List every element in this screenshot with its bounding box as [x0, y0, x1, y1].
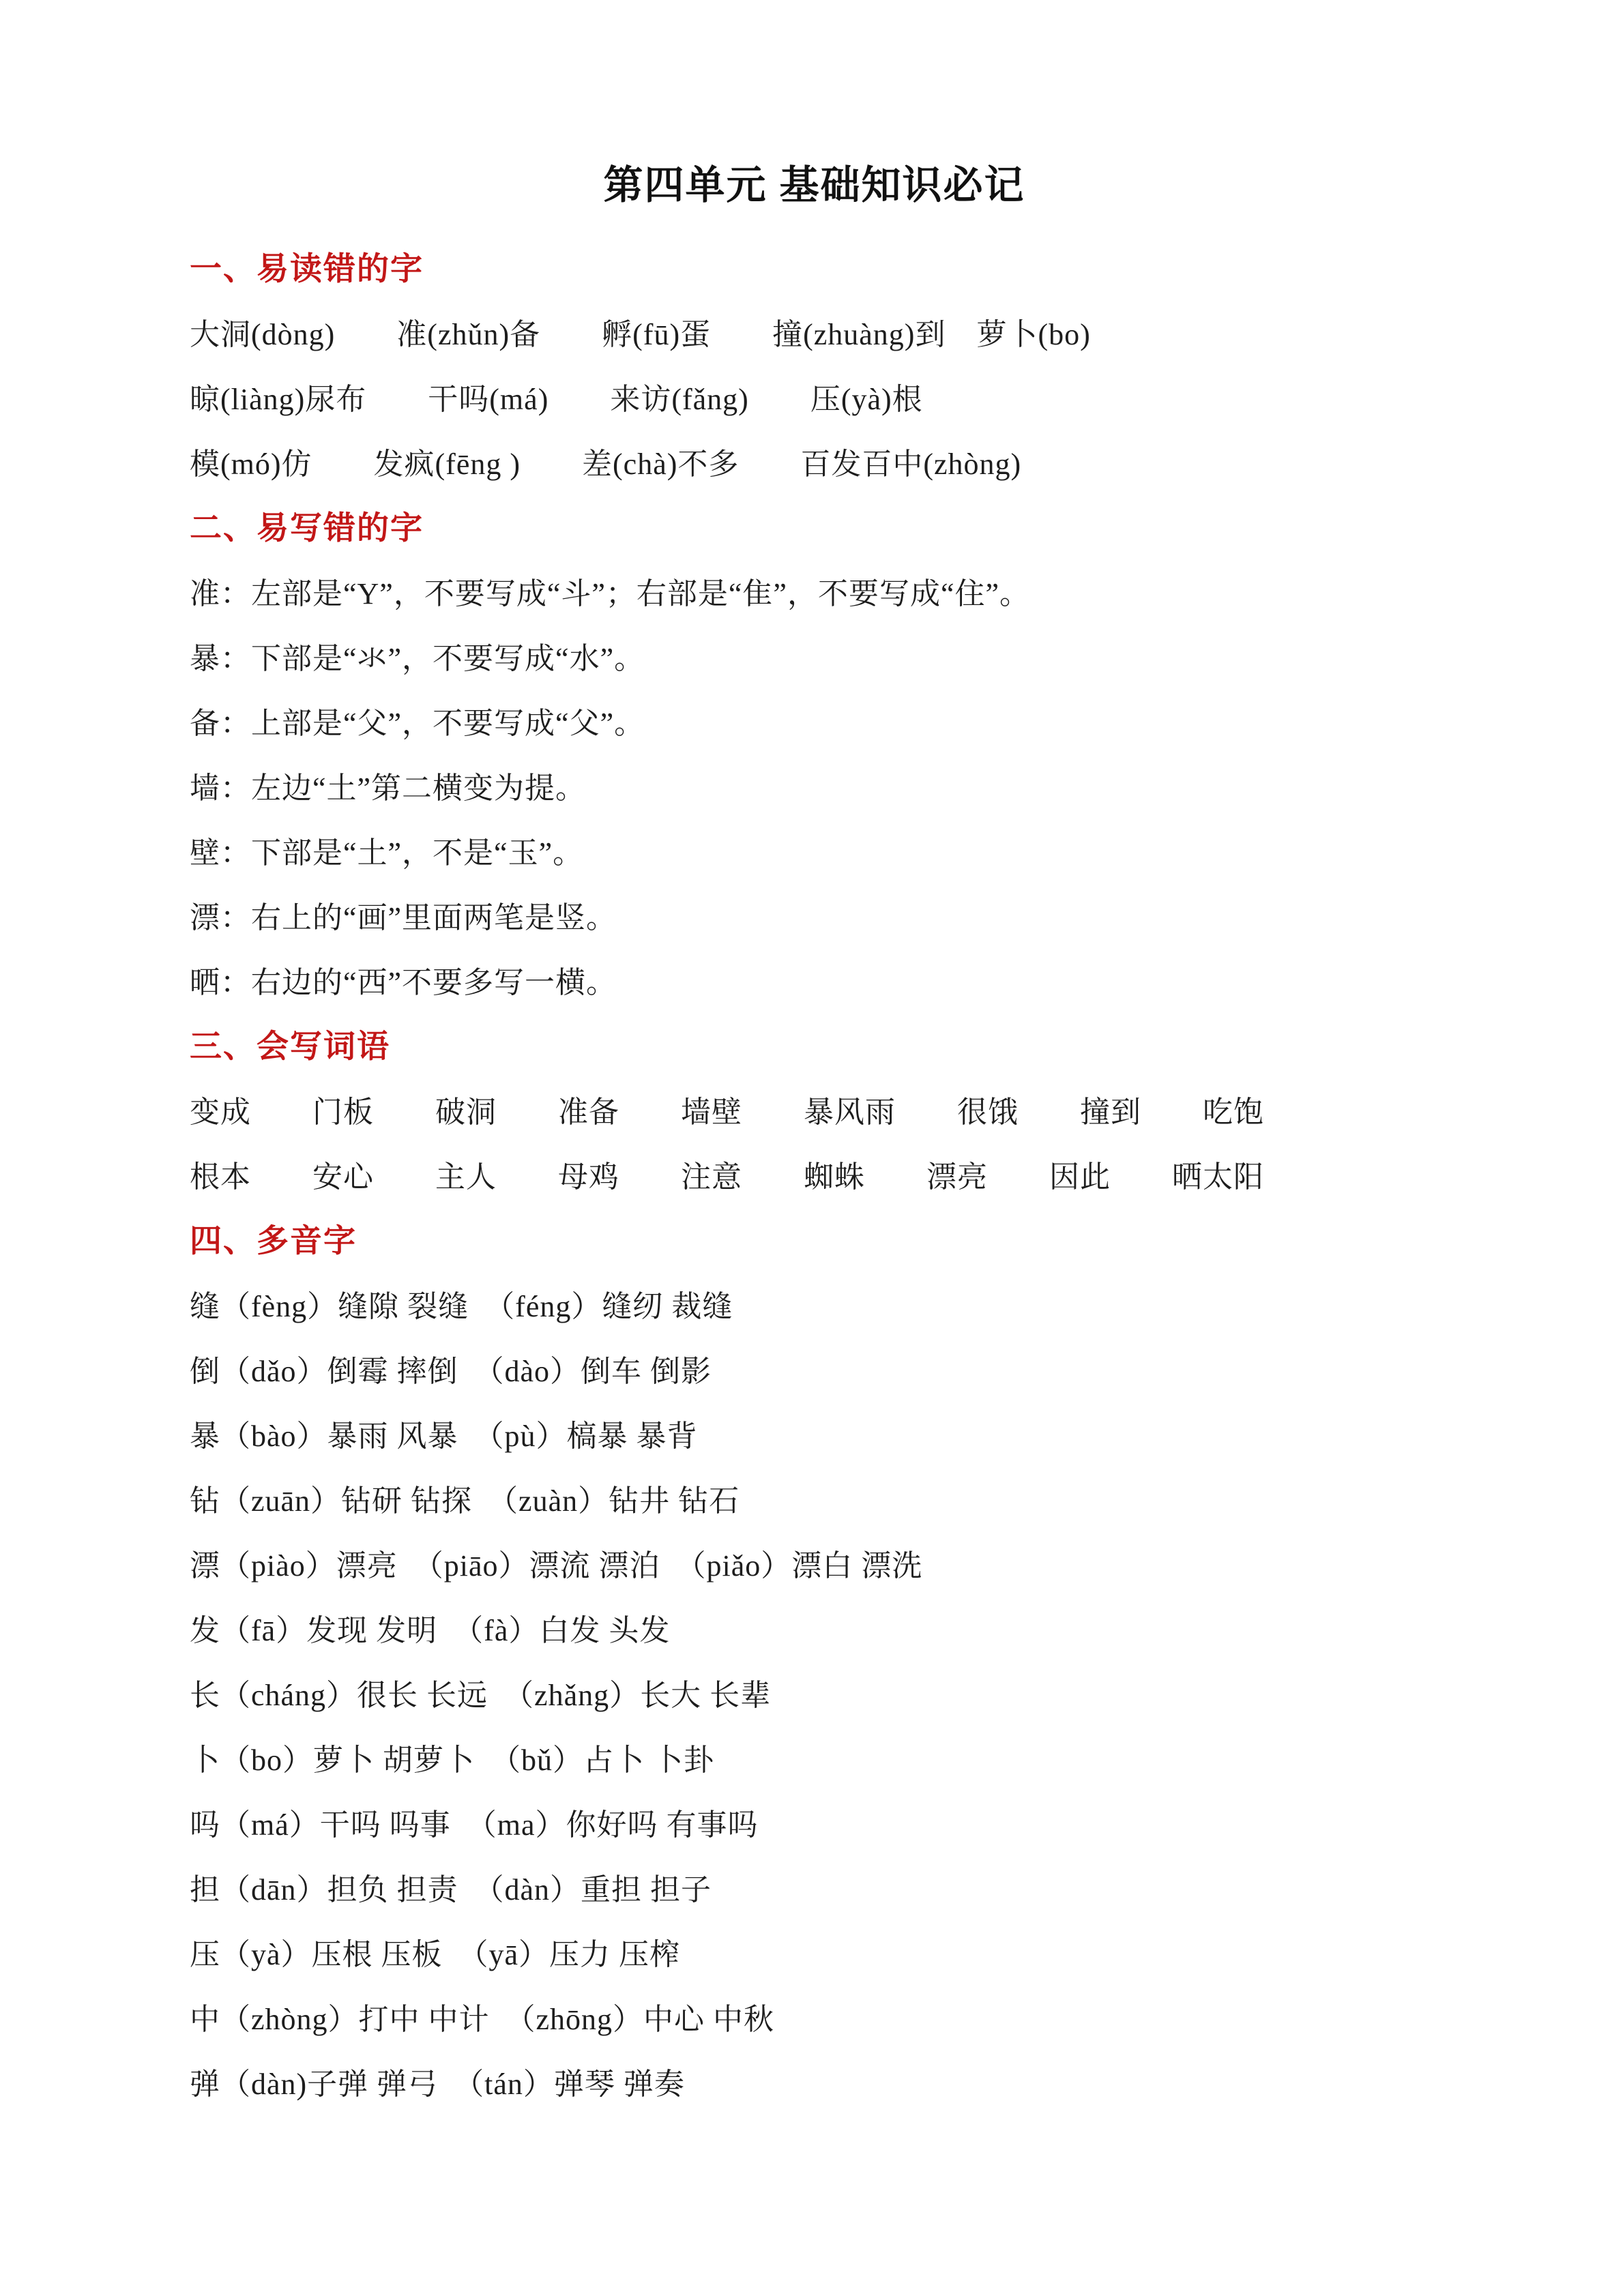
- text-line: 倒（dǎo）倒霉 摔倒 （dào）倒车 倒影: [190, 1339, 1466, 1404]
- section-words-to-write: 三、会写词语 变成 门板 破洞 准备 墙壁 暴风雨 很饿 撞到 吃饱 根本 安心…: [190, 1015, 1466, 1209]
- text-line: 弹（dàn)子弹 弹弓 （tán）弹琴 弹奏: [190, 2052, 1466, 2117]
- text-line: 根本 安心 主人 母鸡 注意 蜘蛛 漂亮 因此 晒太阳: [190, 1145, 1466, 1209]
- text-line: 钻（zuān）钻研 钻探 （zuàn）钻井 钻石: [190, 1469, 1466, 1533]
- text-line: 暴：下部是“氺”，不要写成“水”。: [190, 626, 1466, 691]
- text-line: 模(mó)仿 发疯(fēng ) 差(chà)不多 百发百中(zhòng): [190, 432, 1466, 497]
- text-line: 发（fā）发现 发明 （fà）白发 头发: [190, 1598, 1466, 1663]
- text-line: 暴（bào）暴雨 风暴 （pù）槁暴 暴背: [190, 1404, 1466, 1469]
- text-line: 墙：左边“土”第二横变为提。: [190, 756, 1466, 821]
- section-heading: 三、会写词语: [190, 1015, 1466, 1080]
- section-heading: 二、易写错的字: [190, 497, 1466, 561]
- section-heading: 一、易读错的字: [190, 237, 1466, 302]
- text-line: 漂（piào）漂亮 （piāo）漂流 漂泊 （piǎo）漂白 漂洗: [190, 1533, 1466, 1598]
- page-title: 第四单元 基础知识必记: [190, 156, 1439, 216]
- section-polyphonic-characters: 四、多音字 缝（fèng）缝隙 裂缝 （féng）缝纫 裁缝 倒（dǎo）倒霉 …: [190, 1209, 1466, 2117]
- text-line: 压（yà）压根 压板 （yā）压力 压榨: [190, 1922, 1466, 1987]
- text-line: 备：上部是“父”，不要写成“父”。: [190, 691, 1466, 756]
- document-page: 第四单元 基础知识必记 一、易读错的字 大洞(dòng) 准(zhǔn)备 孵(…: [0, 0, 1623, 2296]
- text-line: 壁：下部是“土”，不是“玉”。: [190, 821, 1466, 885]
- text-line: 晾(liàng)尿布 干吗(má) 来访(fǎng) 压(yà)根: [190, 367, 1466, 432]
- text-line: 卜（bo）萝卜 胡萝卜 （bǔ）占卜 卜卦: [190, 1728, 1466, 1793]
- text-line: 吗（má）干吗 吗事 （ma）你好吗 有事吗: [190, 1793, 1466, 1857]
- section-heading: 四、多音字: [190, 1209, 1466, 1274]
- text-line: 大洞(dòng) 准(zhǔn)备 孵(fū)蛋 撞(zhuàng)到 萝卜(b…: [190, 302, 1466, 367]
- text-line: 晒：右边的“西”不要多写一横。: [190, 950, 1466, 1015]
- text-line: 长（cháng）很长 长远 （zhǎng）长大 长辈: [190, 1663, 1466, 1728]
- text-line: 准：左部是“Y”，不要写成“斗”；右部是“隹”，不要写成“住”。: [190, 561, 1466, 626]
- text-line: 漂：右上的“画”里面两笔是竖。: [190, 885, 1466, 950]
- section-easily-misread: 一、易读错的字 大洞(dòng) 准(zhǔn)备 孵(fū)蛋 撞(zhuàn…: [190, 237, 1466, 497]
- text-line: 缝（fèng）缝隙 裂缝 （féng）缝纫 裁缝: [190, 1274, 1466, 1339]
- text-line: 中（zhòng）打中 中计 （zhōng）中心 中秋: [190, 1987, 1466, 2052]
- text-line: 担（dān）担负 担责 （dàn）重担 担子: [190, 1857, 1466, 1922]
- section-easily-miswritten: 二、易写错的字 准：左部是“Y”，不要写成“斗”；右部是“隹”，不要写成“住”。…: [190, 497, 1466, 1015]
- text-line: 变成 门板 破洞 准备 墙壁 暴风雨 很饿 撞到 吃饱: [190, 1080, 1466, 1145]
